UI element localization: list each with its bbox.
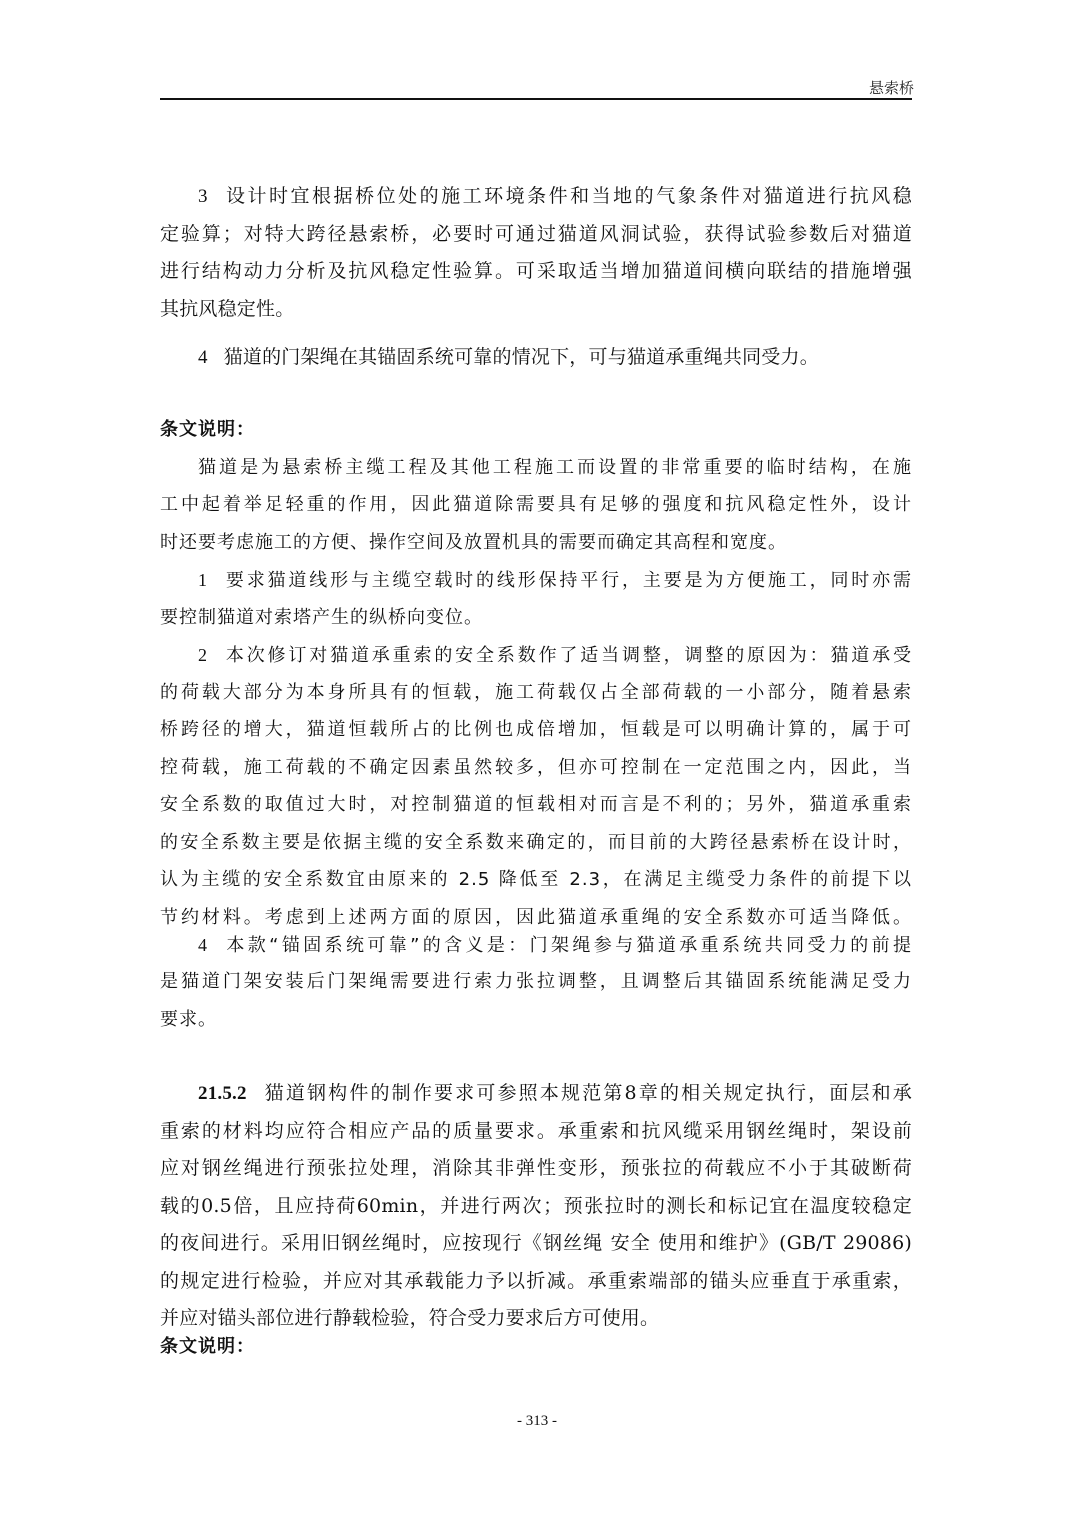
paragraph-line: 的安全系数主要是依据主缆的安全系数来确定的，而目前的大跨径悬索桥在设计时， — [160, 830, 912, 856]
clause-number: 21.5.2 — [198, 1083, 247, 1104]
paragraph-line: 定验算；对特大跨径悬索桥，必要时可通过猫道风洞试验，获得试验参数后对猫道 — [160, 221, 912, 247]
paragraph-line: 4本款“锚固系统可靠”的含义是：门架绳参与猫道承重系统共同受力的前提 — [160, 932, 912, 958]
paragraph-line: 其抗风稳定性。 — [160, 296, 912, 322]
paragraph-line: 的规定进行检验，并应对其承载能力予以折减。承重索端部的锚头应垂直于承重索， — [160, 1268, 912, 1294]
paragraph-line: 的夜间进行。采用旧钢丝绳时，应按现行《钢丝绳 安全 使用和维护》(GB/T 29… — [160, 1230, 912, 1256]
paragraph-line: 进行结构动力分析及抗风稳定性验算。可采取适当增加猫道间横向联结的措施增强 — [160, 258, 912, 284]
paragraph-line: 1要求猫道线形与主缆空载时的线形保持平行，主要是为方便施工，同时亦需 — [160, 567, 912, 593]
paragraph-line: 控荷载，施工荷载的不确定因素虽然较多，但亦可控制在一定范围之内，因此，当 — [160, 755, 912, 781]
paragraph-line: 3设计时宜根据桥位处的施工环境条件和当地的气象条件对猫道进行抗风稳 — [160, 183, 912, 209]
paragraph-line: 桥跨径的增大，猫道恒载所占的比例也成倍增加，恒载是可以明确计算的，属于可 — [160, 717, 912, 743]
page-header-title: 悬索桥 — [869, 77, 914, 98]
paragraph-line: 工中起着举足轻重的作用，因此猫道除需要具有足够的强度和抗风稳定性外，设计 — [160, 492, 912, 518]
paragraph-line: 应对钢丝绳进行预张拉处理，消除其非弹性变形，预张拉的荷载应不小于其破断荷 — [160, 1155, 912, 1181]
paragraph-line: 猫道是为悬索桥主缆工程及其他工程施工而设置的非常重要的临时结构，在施 — [160, 455, 912, 481]
paragraph-line: 载的0.5倍，且应持荷60min，并进行两次；预张拉时的测长和标记宜在温度较稳定 — [160, 1193, 912, 1219]
paragraph-line: 要控制猫道对索塔产生的纵桥向变位。 — [160, 605, 912, 631]
paragraph-line: 的荷载大部分为本身所具有的恒载，施工荷载仅占全部荷载的一小部分，随着悬索 — [160, 680, 912, 706]
header-rule — [160, 98, 912, 100]
explanation-heading: 条文说明： — [160, 417, 912, 443]
paragraph-line: 21.5.2猫道钢构件的制作要求可参照本规范第8章的相关规定执行，面层和承 — [160, 1080, 912, 1106]
paragraph-line: 并应对锚头部位进行静载检验，符合受力要求后方可使用。 — [160, 1305, 912, 1331]
paragraph-line: 要求。 — [160, 1007, 912, 1033]
explanation-heading: 条文说明： — [160, 1334, 912, 1360]
paragraph-line: 时还要考虑施工的方便、操作空间及放置机具的需要而确定其高程和宽度。 — [160, 530, 912, 556]
paragraph-line: 认为主缆的安全系数宜由原来的 2.5 降低至 2.3，在满足主缆受力条件的前提下… — [160, 867, 912, 893]
paragraph-line: 节约材料。考虑到上述两方面的原因，因此猫道承重绳的安全系数亦可适当降低。 — [160, 905, 912, 931]
paragraph-line: 安全系数的取值过大时，对控制猫道的恒载相对而言是不利的；另外，猫道承重索 — [160, 792, 912, 818]
page-number: - 313 - — [0, 1413, 1074, 1430]
paragraph-line: 4猫道的门架绳在其锚固系统可靠的情况下，可与猫道承重绳共同受力。 — [160, 344, 912, 370]
paragraph-line: 重索的材料均应符合相应产品的质量要求。承重索和抗风缆采用钢丝绳时，架设前 — [160, 1118, 912, 1144]
paragraph-line: 是猫道门架安装后门架绳需要进行索力张拉调整，且调整后其锚固系统能满足受力 — [160, 969, 912, 995]
paragraph-line: 2本次修订对猫道承重索的安全系数作了适当调整，调整的原因为：猫道承受 — [160, 642, 912, 668]
